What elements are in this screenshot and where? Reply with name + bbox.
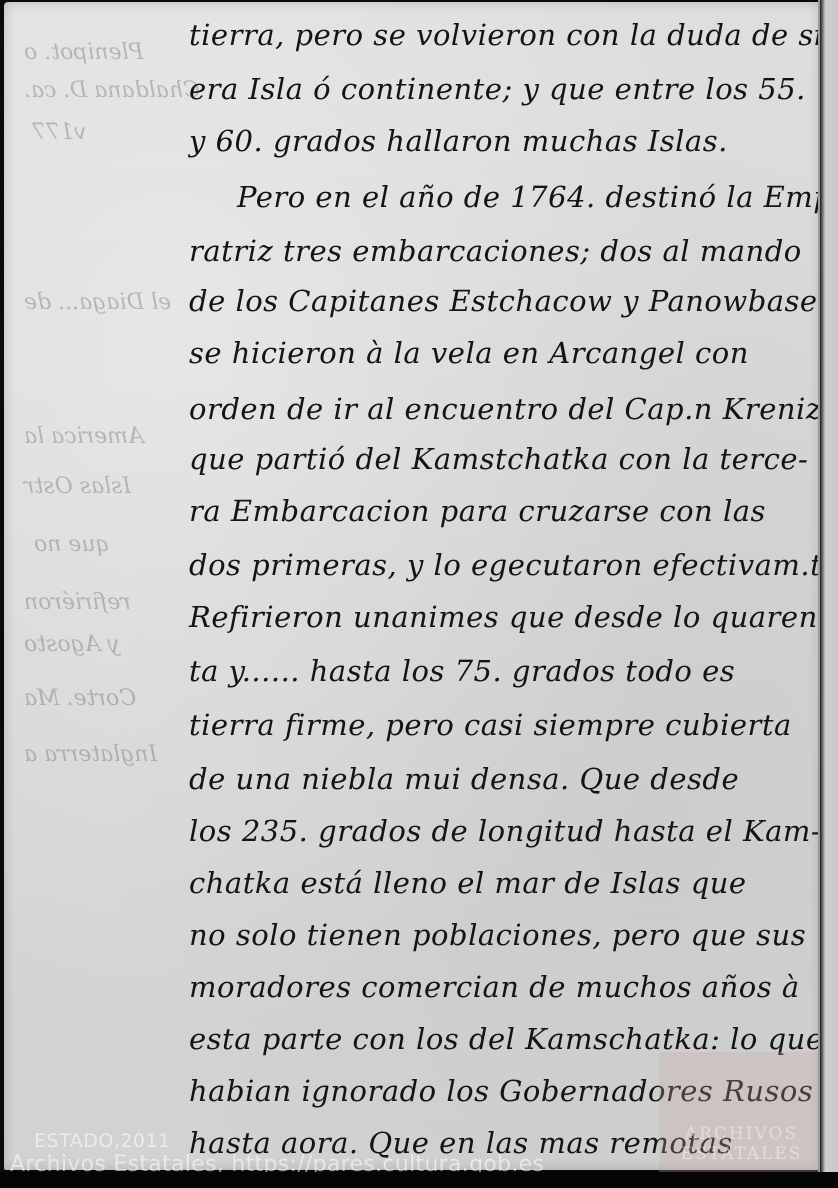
manuscript-line: tierra firme, pero casi siempre cubierta [189, 708, 792, 742]
bleed-through-text: que no [34, 532, 110, 557]
bleed-through-text: el Diaga... de [24, 290, 171, 315]
manuscript-line: de una niebla mui densa. Que desde [189, 762, 739, 796]
manuscript-line: ratriz tres embarcaciones; dos al mando [189, 234, 802, 268]
manuscript-line: se hicieron à la vela en Arcangel con [189, 336, 749, 370]
manuscript-line: de los Capitanes Estchacow y Panowbasew … [189, 284, 838, 318]
manuscript-line: moradores comercian de muchos años à [189, 970, 800, 1004]
document-reference-watermark: ESTADO,2011 [34, 1130, 171, 1152]
manuscript-line: orden de ir al encuentro del Cap.n Kreni… [189, 392, 838, 426]
manuscript-line: dos primeras, y lo egecutaron efectivam.… [189, 548, 838, 582]
bleed-through-text: Islas Ostr [24, 474, 131, 499]
manuscript-line: Pero en el año de 1764. destinó la Empe- [237, 180, 838, 214]
manuscript-line: ra Embarcacion para cruzarse con las [189, 494, 766, 528]
bleed-through-text: Plenipot. o [24, 40, 143, 65]
manuscript-line: era Isla ó continente; y que entre los 5… [189, 72, 806, 106]
bleed-through-text: v177 [32, 120, 86, 145]
bleed-through-text: Corte. Ma [24, 686, 136, 711]
manuscript-line: Refirieron unanimes que desde lo quaren- [189, 600, 828, 634]
manuscript-line: tierra, pero se volvieron con la duda de… [189, 18, 824, 52]
manuscript-line: no solo tienen poblaciones, pero que sus [189, 918, 806, 952]
manuscript-line: chatka está lleno el mar de Islas que [189, 866, 747, 900]
manuscript-line: que partió del Kamstchatka con la terce- [189, 442, 808, 476]
manuscript-line: y 60. grados hallaron muchas Islas. [189, 124, 728, 158]
bleed-through-text: Inglaterra a [24, 742, 157, 767]
bleed-through-text: refiriéron [24, 590, 131, 615]
adjacent-page-edge [820, 0, 838, 1188]
manuscript-line: ta y...... hasta los 75. grados todo es [189, 654, 735, 688]
bleed-through-text: Chaldana D. ca. [24, 78, 200, 103]
scan-border [0, 1172, 838, 1188]
manuscript-line: los 235. grados de longitud hasta el Kam… [189, 814, 821, 848]
archive-stamp-label: ARCHIVOS ESTATALES [659, 1124, 824, 1164]
bleed-through-text: y Agosto [24, 632, 120, 657]
bleed-through-text: America la [24, 424, 144, 449]
manuscript-page: Plenipot. o Chaldana D. ca. v177 el Diag… [4, 2, 820, 1170]
archive-stamp-watermark: ARCHIVOS ESTATALES [659, 1052, 824, 1174]
manuscript-line: esta parte con los del Kamschatka: lo qu… [189, 1022, 824, 1056]
